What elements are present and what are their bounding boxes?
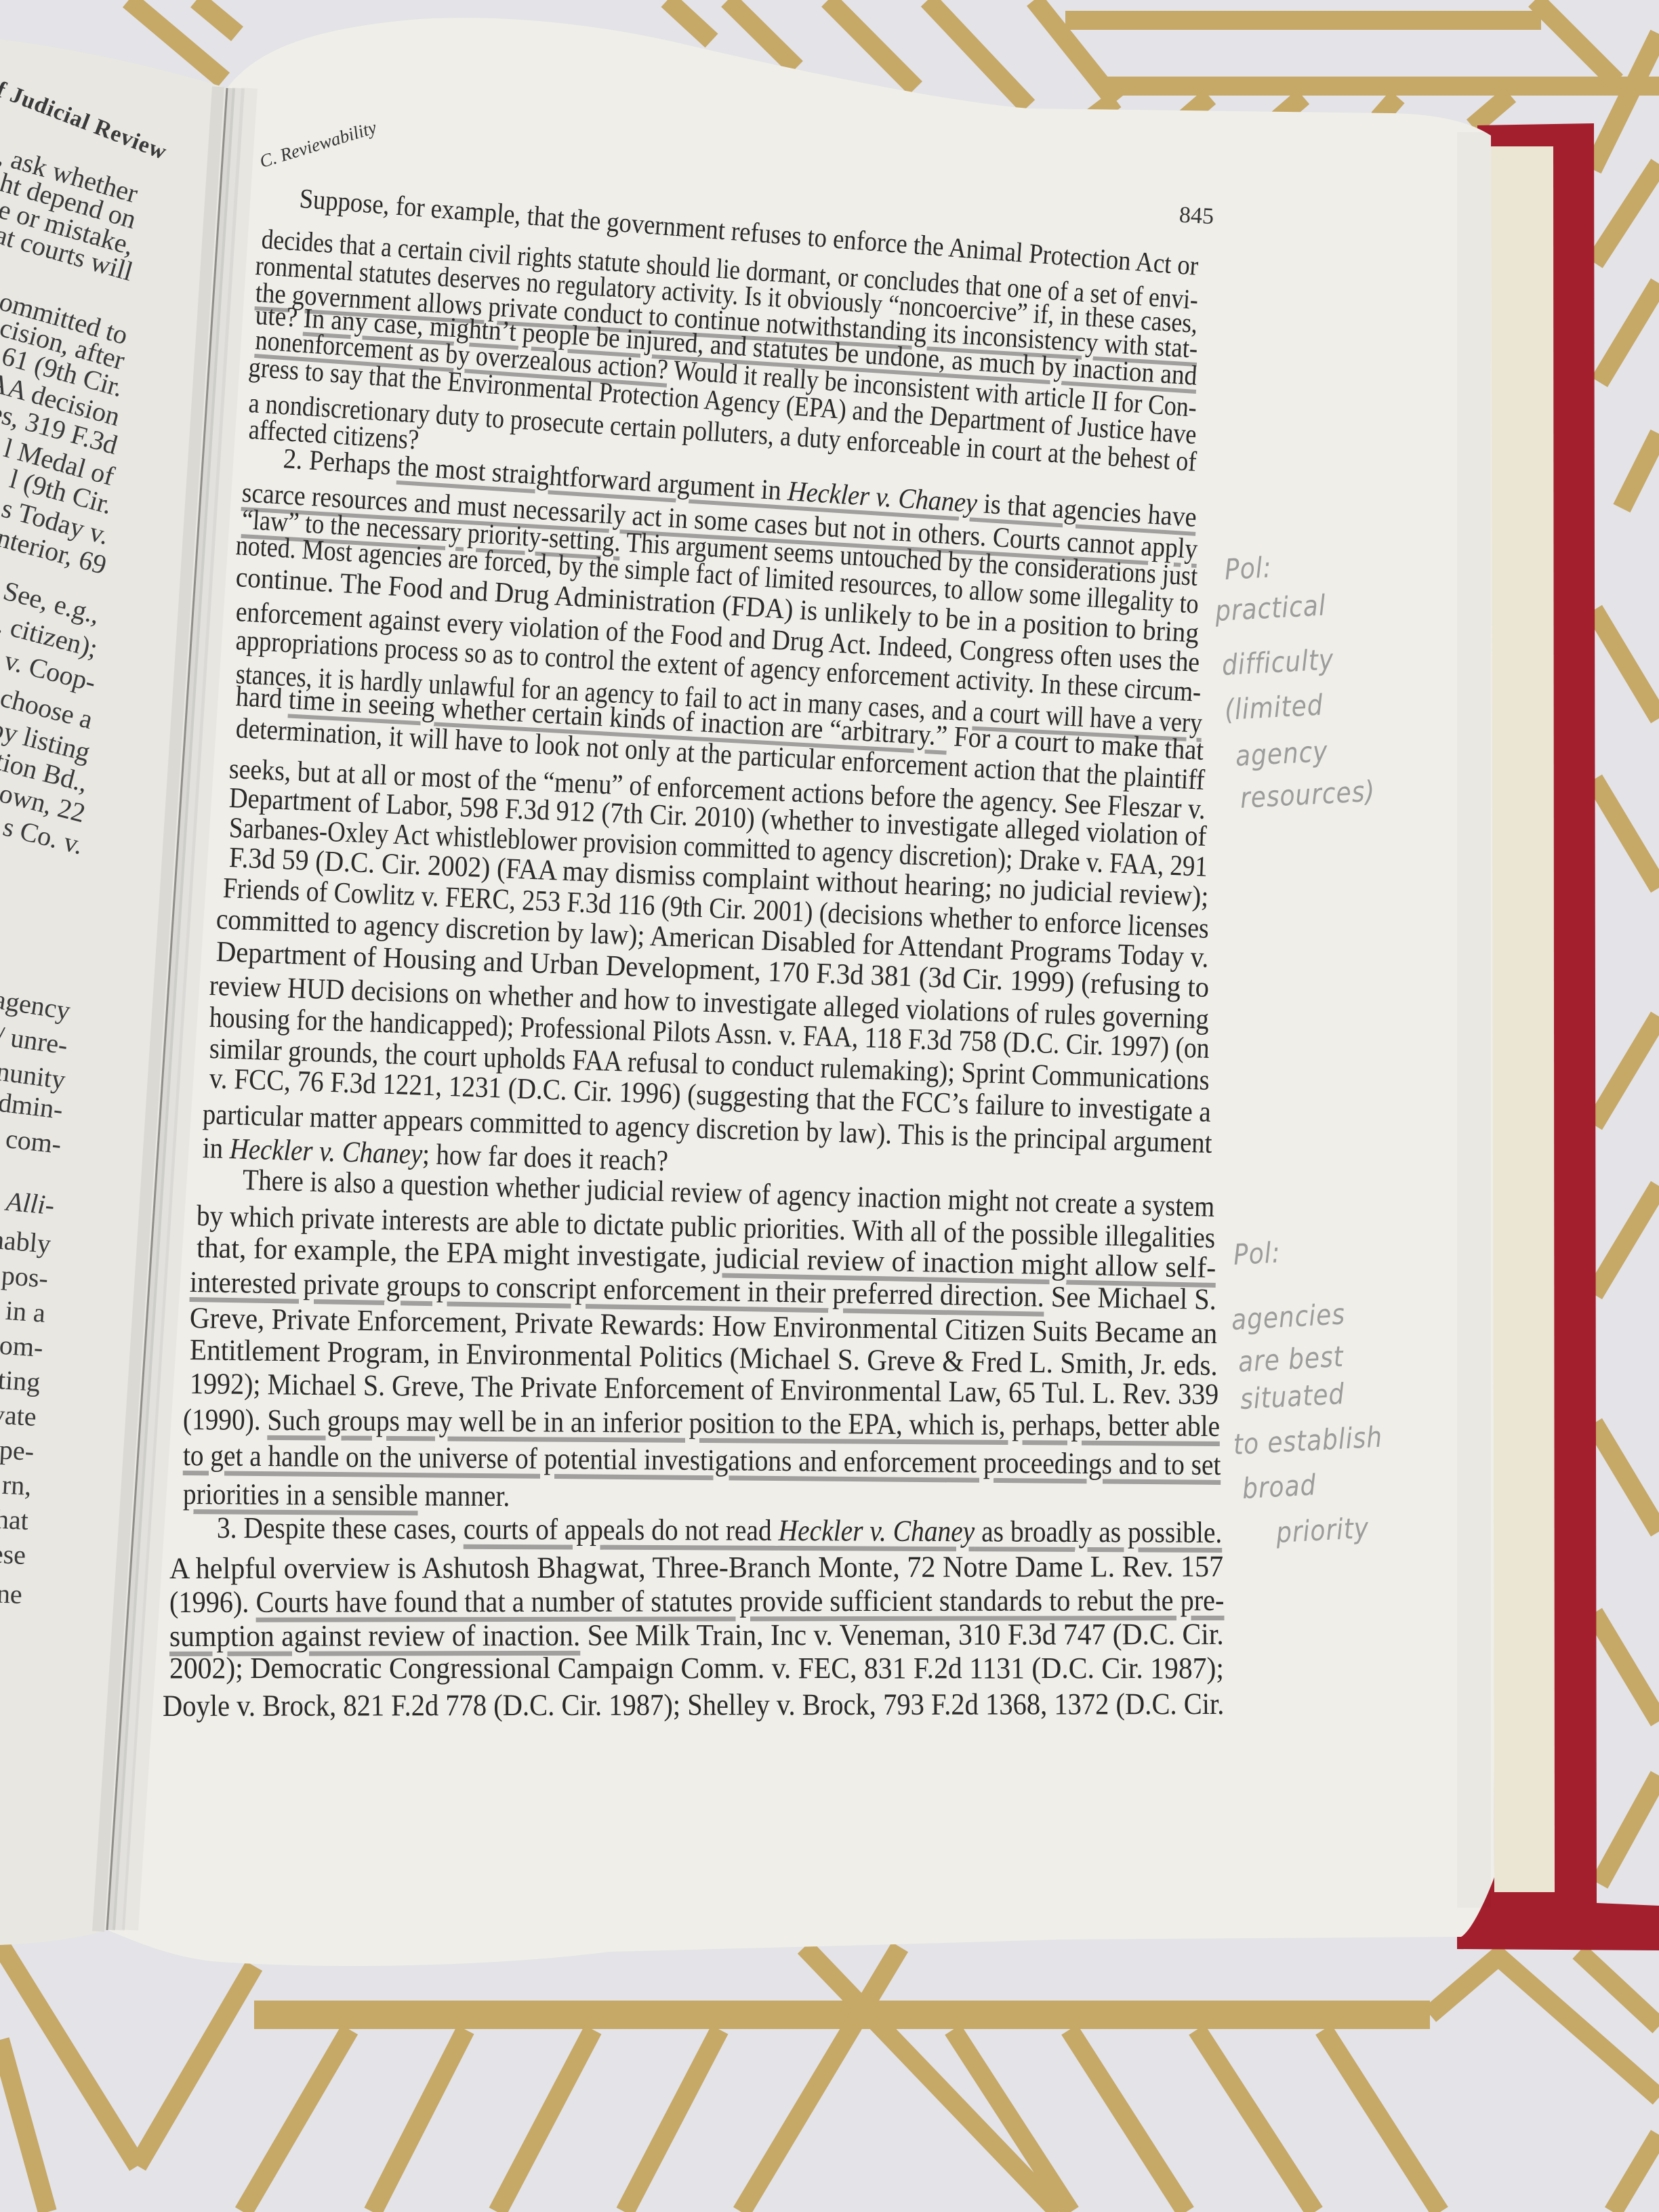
pencil-underline: Courts have found that a number of statu… <box>255 1583 1224 1619</box>
pencil-underline: to get a handle on the universe of poten… <box>183 1438 1221 1481</box>
text-line-content: (1990). Such groups may well be in an in… <box>183 1405 1220 1441</box>
text-line: priorities in a sensible manner. <box>183 1479 552 1511</box>
margin-note-line: to establish <box>1233 1423 1383 1459</box>
right-page-content: C. Reviewability 845 Suppose, for exampl… <box>0 0 1659 2212</box>
text-line-content: sumption against review of inaction. See… <box>169 1619 1224 1652</box>
text-line: (1990). Such groups may well be in an in… <box>183 1405 1352 1443</box>
pencil-underline: courts of appeals do not read Heckler v.… <box>464 1512 1223 1549</box>
margin-note-line: broad <box>1242 1471 1317 1503</box>
text-line: sumption against review of inaction. See… <box>169 1619 1306 1652</box>
italic-case-name: Heckler v. Chaney <box>778 1513 975 1548</box>
margin-note-line: (limited <box>1224 691 1324 724</box>
text-line-content: priorities in a sensible manner. <box>183 1479 510 1511</box>
pencil-underline: sumption against review of inaction. <box>169 1618 580 1653</box>
text-line-content: (1996). Courts have found that a number … <box>169 1585 1225 1618</box>
running-head: C. Reviewability <box>257 117 379 173</box>
text-line: (1996). Courts have found that a number … <box>169 1585 1341 1618</box>
page-number: 845 <box>1179 203 1214 230</box>
margin-note-line: agency <box>1235 737 1329 771</box>
text-line: A helpful overview is Ashutosh Bhagwat, … <box>169 1551 1285 1584</box>
text-line-content: A helpful overview is Ashutosh Bhagwat, … <box>169 1551 1223 1584</box>
text-line-content: 2002); Democratic Congressional Campaign… <box>169 1653 1224 1683</box>
margin-note-line: agencies <box>1231 1300 1346 1334</box>
text-line: to get a handle on the universe of poten… <box>183 1440 1355 1481</box>
text-line: 3. Despite these cases, courts of appeal… <box>217 1513 1352 1548</box>
margin-note-line: Pol: <box>1224 553 1273 584</box>
text-line: 2002); Democratic Congressional Campaign… <box>169 1653 1306 1683</box>
text-line: Doyle v. Brock, 821 F.2d 778 (D.C. Cir. … <box>163 1689 1342 1721</box>
margin-note-line: difficulty <box>1221 645 1334 680</box>
pencil-underline: priorities in a sensible <box>183 1477 418 1512</box>
text-line-content: to get a handle on the universe of poten… <box>183 1440 1221 1479</box>
pencil-underline: Such groups may well be in an inferior p… <box>267 1403 1220 1442</box>
text-line-content: 3. Despite these cases, courts of appeal… <box>217 1513 1223 1548</box>
margin-note-line: priority <box>1275 1514 1370 1547</box>
margin-note-line: practical <box>1214 591 1327 626</box>
margin-note-line: situated <box>1240 1380 1345 1414</box>
text-line-content: Doyle v. Brock, 821 F.2d 778 (D.C. Cir. … <box>163 1689 1224 1721</box>
margin-note-line: resources) <box>1240 777 1376 813</box>
margin-note-line: are best <box>1237 1343 1345 1376</box>
margin-note-line: Pol: <box>1233 1238 1282 1269</box>
